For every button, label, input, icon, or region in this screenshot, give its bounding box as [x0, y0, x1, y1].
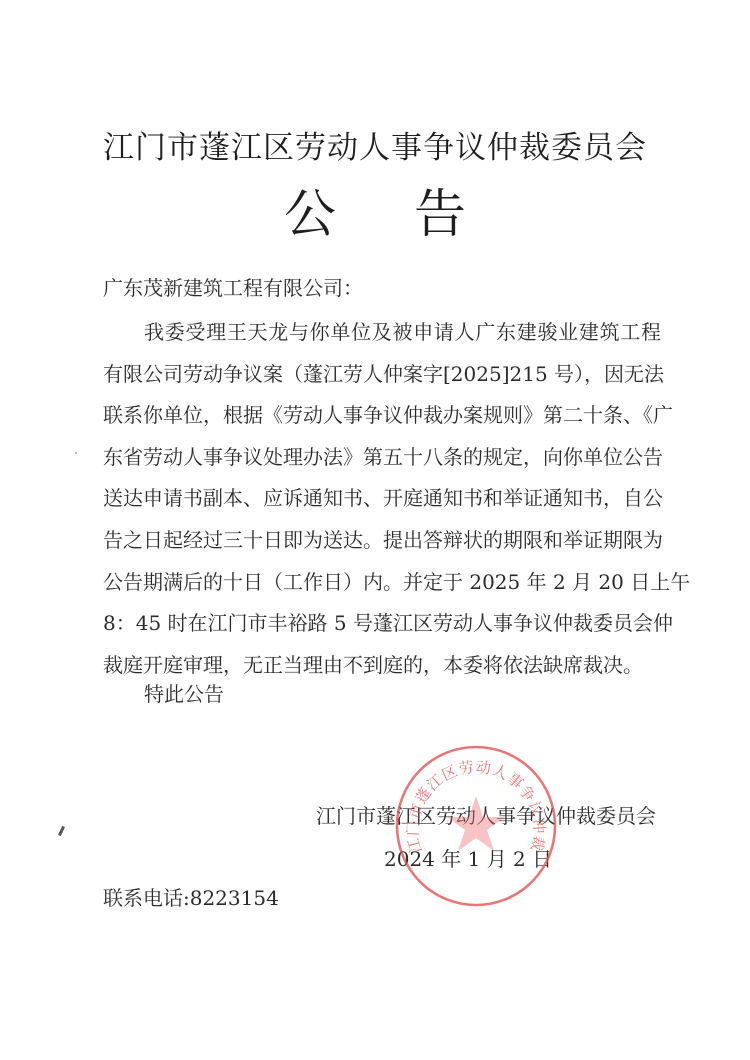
salutation: 广东茂新建筑工程有限公司： — [103, 272, 363, 301]
heading-char-1: 公 — [284, 172, 336, 247]
body-line: 东省劳动人事争议处理办法》第五十八条的规定，向你单位公告 — [103, 437, 661, 479]
body-line: 告之日起经过三十日即为送达。提出答辩状的期限和举证期限为 — [103, 520, 661, 562]
notice-heading: 公告 — [0, 172, 750, 247]
body-line: 送达申请书副本、应诉通知书、开庭通知书和举证通知书，自公 — [103, 478, 661, 520]
body-line: 有限公司劳动争议案（蓬江劳人仲案字[2025]215 号），因无法 — [103, 354, 661, 396]
contact-phone: 联系电话:8223154 — [103, 882, 279, 911]
signature-org: 江门市蓬江区劳动人事争议仲裁委员会 — [316, 800, 656, 829]
notice-page: 江门市蓬江区劳动人事争议仲裁委员会 公告 广东茂新建筑工程有限公司： 我委受理王… — [0, 0, 750, 1060]
body-line: 联系你单位，根据《劳动人事争议仲裁办案规则》第二十条、《广 — [103, 395, 661, 437]
heading-char-2: 告 — [414, 172, 466, 247]
body-line: 公告期满后的十日（工作日）内。并定于 2025 年 2 月 20 日上午 — [103, 562, 661, 604]
scan-speck — [75, 452, 77, 454]
notice-body: 我委受理王天龙与你单位及被申请人广东建骏业建筑工程 有限公司劳动争议案（蓬江劳人… — [103, 312, 661, 686]
body-line: 8：45 时在江门市丰裕路 5 号蓬江区劳动人事争议仲裁委员会仲 — [103, 603, 661, 645]
closing-remark: 特此公告 — [144, 678, 224, 707]
scan-speck — [58, 826, 65, 836]
body-line: 我委受理王天龙与你单位及被申请人广东建骏业建筑工程 — [103, 312, 661, 354]
signature-date: 2024 年 1 月 2 日 — [384, 843, 552, 872]
org-title: 江门市蓬江区劳动人事争议仲裁委员会 — [0, 122, 750, 167]
